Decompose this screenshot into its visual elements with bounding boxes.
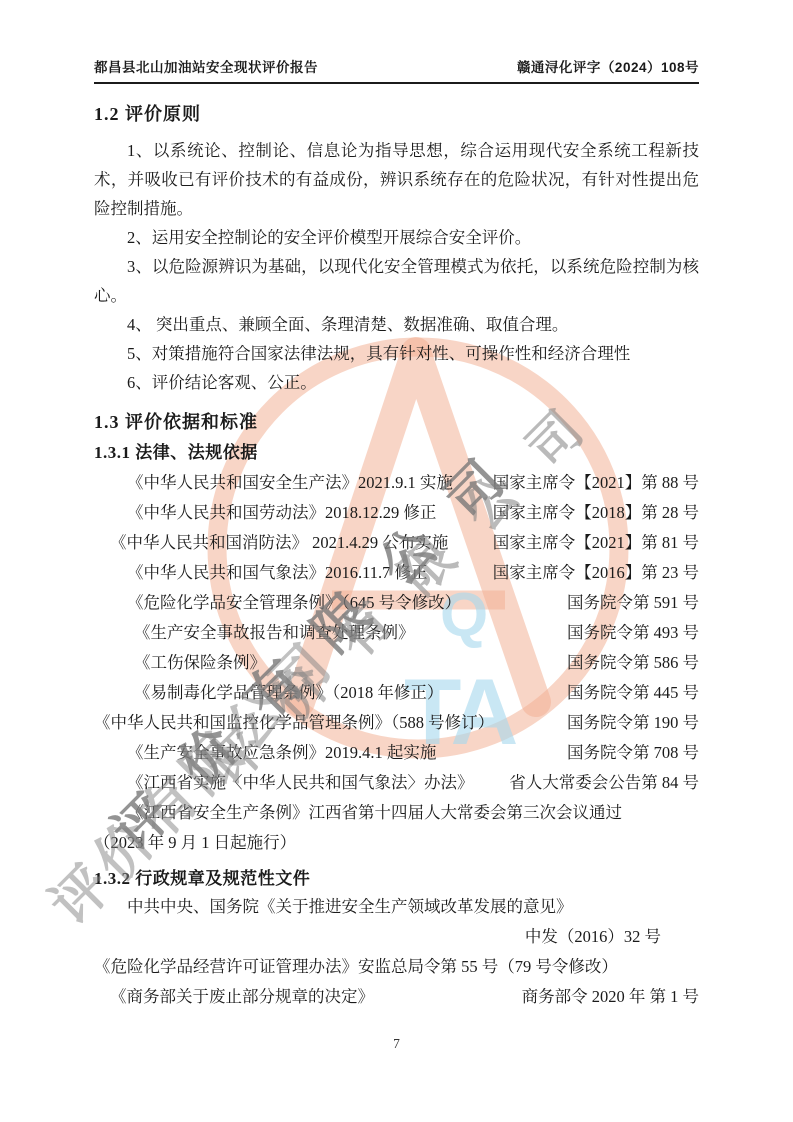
law-order-number: 国务院令第 708 号 (567, 738, 699, 768)
law-order-number: 国务院令第 445 号 (567, 678, 699, 708)
law-row: 《江西省实施〈中华人民共和国气象法〉办法》 省人大常委会公告第 84 号 (94, 768, 699, 798)
regulation-row: 《商务部关于废止部分规章的决定》 商务部令 2020 年 第 1 号 (94, 982, 699, 1012)
regulation-line: 中共中央、国务院《关于推进安全生产领域改革发展的意见》 (94, 892, 699, 922)
law-row: 《中华人民共和国监控化学品管理条例》（588 号修订） 国务院令第 190 号 (94, 708, 699, 738)
law-row: 《中华人民共和国安全生产法》2021.9.1 实施 国家主席令【2021】第 8… (94, 468, 699, 498)
law-name: 《中华人民共和国气象法》2016.11.7 修正 (94, 558, 428, 588)
law-name: 《生产安全事故应急条例》2019.4.1 起实施 (94, 738, 436, 768)
law-name: 《危险化学品安全管理条例》（645 号令修改） (94, 588, 461, 618)
principle-item: 1、以系统论、控制论、信息论为指导思想，综合运用现代安全系统工程新技术，并吸收已… (94, 136, 699, 223)
law-row: 《危险化学品安全管理条例》（645 号令修改） 国务院令第 591 号 (94, 588, 699, 618)
law-row: 《易制毒化学品管理条例》（2018 年修正） 国务院令第 445 号 (94, 678, 699, 708)
law-order-number: 国务院令第 493 号 (567, 618, 699, 648)
law-name: 《中华人民共和国劳动法》2018.12.29 修正 (94, 498, 436, 528)
principle-item: 5、对策措施符合国家法律法规，具有针对性、可操作性和经济合理性 (94, 339, 699, 368)
law-row: 《中华人民共和国气象法》2016.11.7 修正 国家主席令【2016】第 23… (94, 558, 699, 588)
law-order-number: 国务院令第 591 号 (567, 588, 699, 618)
law-order-number: 国家主席令【2018】第 28 号 (493, 498, 699, 528)
law-row: 《工伤保险条例》 国务院令第 586 号 (94, 648, 699, 678)
section-1-2-title: 1.2 评价原则 (94, 100, 699, 126)
law-order-number: 国家主席令【2021】第 88 号 (493, 468, 699, 498)
header-document-number: 赣通浔化评字（2024）108号 (517, 56, 699, 76)
law-wrapped-line-1: 《江西省安全生产条例》江西省第十四届人大常委会第三次会议通过 (94, 798, 699, 828)
law-name: 《生产安全事故报告和调查处理条例》 (94, 618, 415, 648)
regulation-line: 《危险化学品经营许可证管理办法》安监总局令第 55 号（79 号令修改） (94, 952, 699, 982)
law-name: 《中华人民共和国消防法》 2021.4.29 公布实施 (94, 528, 448, 558)
law-name: 《中华人民共和国监控化学品管理条例》（588 号修订） (94, 708, 494, 738)
principle-item: 4、 突出重点、兼顾全面、条理清楚、数据准确、取值合理。 (94, 310, 699, 339)
law-order-number: 国家主席令【2016】第 23 号 (493, 558, 699, 588)
law-order-number: 国务院令第 586 号 (567, 648, 699, 678)
law-wrapped-line-2: （2023 年 9 月 1 日起施行） (94, 828, 699, 858)
law-row: 《生产安全事故报告和调查处理条例》 国务院令第 493 号 (94, 618, 699, 648)
section-1-3-2-title: 1.3.2 行政规章及规范性文件 (94, 864, 699, 889)
page-number: 7 (0, 1036, 793, 1052)
law-row: 《中华人民共和国消防法》 2021.4.29 公布实施 国家主席令【2021】第… (94, 528, 699, 558)
principle-item: 2、运用安全控制论的安全评价模型开展综合安全评价。 (94, 223, 699, 252)
law-order-number: 省人大常委会公告第 84 号 (509, 768, 699, 798)
law-name: 《中华人民共和国安全生产法》2021.9.1 实施 (94, 468, 453, 498)
law-row: 《生产安全事故应急条例》2019.4.1 起实施 国务院令第 708 号 (94, 738, 699, 768)
document-content: 都昌县北山加油站安全现状评价报告 赣通浔化评字（2024）108号 1.2 评价… (0, 0, 793, 1122)
law-order-number: 国家主席令【2021】第 81 号 (493, 528, 699, 558)
section-1-3-1-title: 1.3.1 法律、法规依据 (94, 438, 699, 463)
law-name: 《易制毒化学品管理条例》（2018 年修正） (94, 678, 443, 708)
law-name: 《江西省实施〈中华人民共和国气象法〉办法》 (94, 768, 474, 798)
regulation-issue-number: 中发（2016）32 号 (94, 922, 699, 952)
regulation-order-number: 商务部令 2020 年 第 1 号 (522, 982, 699, 1012)
header-report-title: 都昌县北山加油站安全现状评价报告 (94, 56, 318, 76)
page-header: 都昌县北山加油站安全现状评价报告 赣通浔化评字（2024）108号 (94, 56, 699, 84)
document-page: Q TA 都昌县北山加油站安全现状评价报告 赣通浔化评字（2024）108号 1… (0, 0, 793, 1122)
principle-item: 6、评价结论客观、公正。 (94, 368, 699, 397)
law-order-number: 国务院令第 190 号 (567, 708, 699, 738)
law-row: 《中华人民共和国劳动法》2018.12.29 修正 国家主席令【2018】第 2… (94, 498, 699, 528)
regulation-name: 《商务部关于废止部分规章的决定》 (94, 982, 374, 1012)
principle-item: 3、以危险源辨识为基础，以现代化安全管理模式为依托，以系统危险控制为核心。 (94, 252, 699, 310)
section-1-3-title: 1.3 评价依据和标准 (94, 408, 699, 434)
law-name: 《工伤保险条例》 (94, 648, 266, 678)
